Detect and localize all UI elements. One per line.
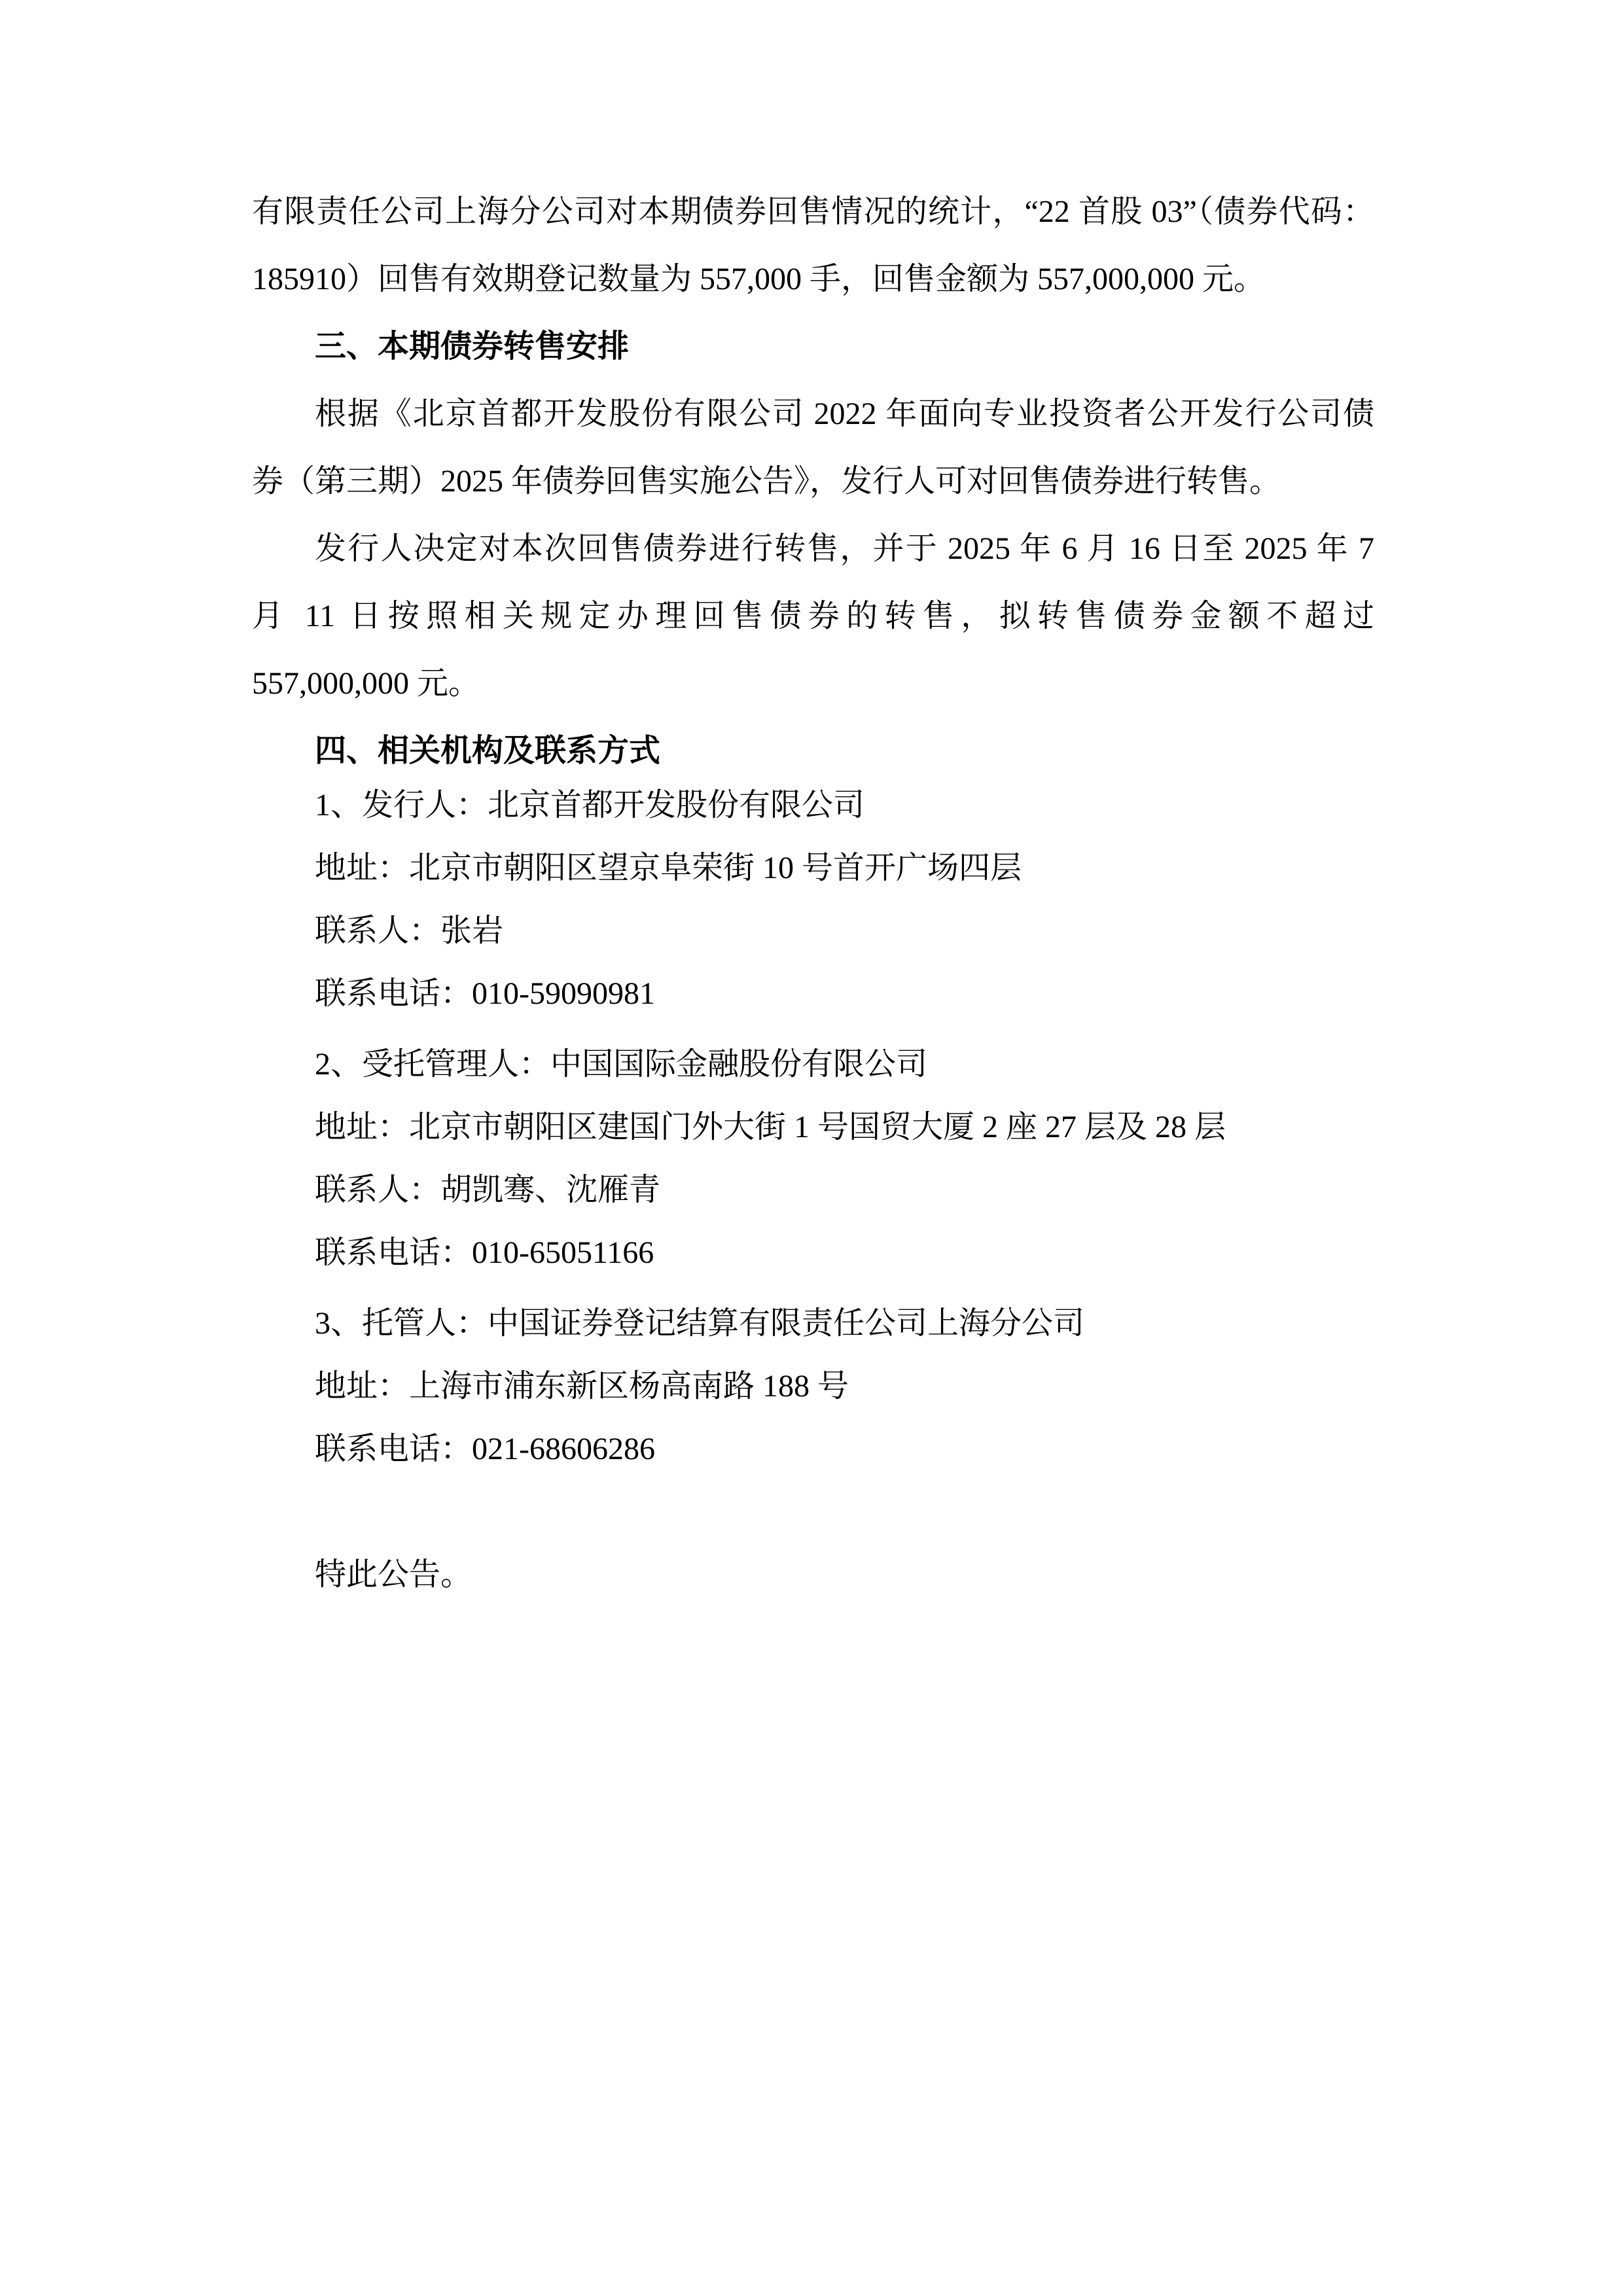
section3-para2-line3: 557,000,000 元。 bbox=[252, 650, 1374, 717]
issuer-address: 地址：北京市朝阳区望京阜荣街 10 号首开广场四层 bbox=[252, 837, 1374, 900]
trustee-contact: 联系人：胡凯骞、沈雁青 bbox=[252, 1159, 1374, 1222]
closing-statement: 特此公告。 bbox=[252, 1544, 1374, 1606]
section3-heading: 三、本期债券转售安排 bbox=[252, 313, 1374, 380]
carryover-line-2: 185910）回售有效期登记数量为 557,000 手，回售金额为 557,00… bbox=[252, 245, 1374, 313]
document-content: 有限责任公司上海分公司对本期债券回售情况的统计，“22 首股 03”（债券代码：… bbox=[252, 178, 1374, 1606]
carryover-line-1: 有限责任公司上海分公司对本期债券回售情况的统计，“22 首股 03”（债券代码： bbox=[252, 178, 1374, 245]
section3-para2-line2: 月 11 日按照相关规定办理回售债券的转售，拟转售债券金额不超过 bbox=[252, 582, 1374, 650]
document-page: 有限责任公司上海分公司对本期债券回售情况的统计，“22 首股 03”（债券代码：… bbox=[0, 0, 1623, 2296]
issuer-contact: 联系人：张岩 bbox=[252, 900, 1374, 963]
custodian-address: 地址：上海市浦东新区杨高南路 188 号 bbox=[252, 1355, 1374, 1418]
section3-para1-line2: 券（第三期）2025 年债券回售实施公告》，发行人可对回售债券进行转售。 bbox=[252, 448, 1374, 515]
trustee-address: 地址：北京市朝阳区建国门外大街 1 号国贸大厦 2 座 27 层及 28 层 bbox=[252, 1096, 1374, 1159]
custodian-phone: 联系电话：021-68606286 bbox=[252, 1418, 1374, 1481]
issuer-phone: 联系电话：010-59090981 bbox=[252, 963, 1374, 1025]
section3-para1-line1: 根据《北京首都开发股份有限公司 2022 年面向专业投资者公开发行公司债 bbox=[252, 380, 1374, 448]
custodian-title: 3、托管人：中国证券登记结算有限责任公司上海分公司 bbox=[252, 1292, 1374, 1355]
trustee-phone: 联系电话：010-65051166 bbox=[252, 1222, 1374, 1284]
contacts-block: 1、发行人：北京首都开发股份有限公司 地址：北京市朝阳区望京阜荣街 10 号首开… bbox=[252, 774, 1374, 1606]
section3-para2-line1: 发行人决定对本次回售债券进行转售，并于 2025 年 6 月 16 日至 202… bbox=[252, 515, 1374, 582]
trustee-title: 2、受托管理人：中国国际金融股份有限公司 bbox=[252, 1033, 1374, 1096]
issuer-title: 1、发行人：北京首都开发股份有限公司 bbox=[252, 774, 1374, 837]
